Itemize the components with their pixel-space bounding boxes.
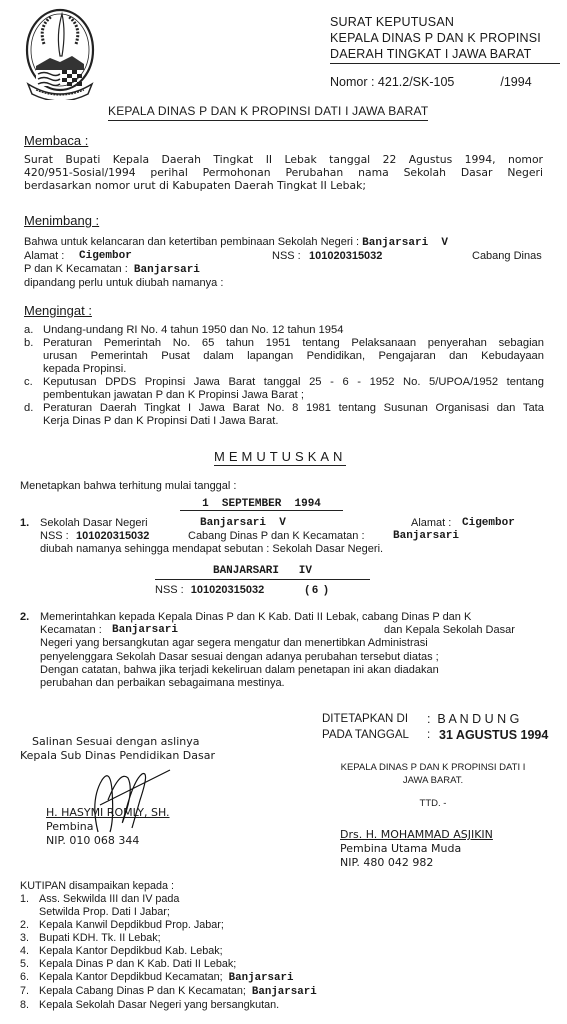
mengingat-item: d.Peraturan Daerah Tingkat I Jawa Barat …: [24, 402, 544, 428]
memutuskan-heading: MEMUTUSKAN: [214, 449, 346, 466]
kutipan-text: Bupati KDH. Tk. II Lebak;: [39, 932, 161, 944]
kutipan-typed-value: Banjarsari: [252, 986, 317, 998]
kutipan-marker: 7.: [20, 985, 29, 998]
kutipan-marker: 1.: [20, 893, 29, 906]
kutipan-text: Kepala Dinas P dan K Kab. Dati II Lebak;: [39, 958, 236, 970]
menimbang-school-name: Banjarsari V: [362, 237, 448, 249]
ditetapkan-di-value: : B A N D U N G: [427, 711, 519, 727]
item1-line-2: NSS : 101020315032 Cabang Dinas P dan K …: [20, 530, 540, 543]
menimbang-line-1: Bahwa untuk kelancaran dan ketertiban pe…: [24, 236, 544, 250]
kecamatan-value: Banjarsari: [134, 264, 200, 276]
left-signatory-name: H. HASYMI ROMLY, SH.: [46, 806, 170, 820]
kutipan-text: Kepala Cabang Dinas P dan K Kecamatan;: [39, 985, 246, 997]
kutipan-marker: 2.: [20, 919, 29, 932]
membaca-line-1: Surat Bupati Kepala Daerah Tingkat II Le…: [24, 153, 543, 166]
membaca-line-3: berdasarkan nomor urut di Kabupaten Daer…: [24, 179, 543, 192]
item2-line-6: perubahan dan perbaikan sebagaimana mest…: [20, 677, 542, 690]
kutipan-typed-value: Banjarsari: [229, 972, 294, 984]
kutipan-marker: 4.: [20, 945, 29, 958]
new-nss-label: NSS :: [155, 584, 184, 596]
item2-kecamatan-label: Kecamatan :: [40, 624, 102, 637]
nomor-year: /1994: [500, 75, 531, 89]
mengingat-marker: c.: [24, 376, 33, 389]
item1-sd-label: Sekolah Dasar Negeri: [40, 517, 148, 530]
item1-cabang-label: Cabang Dinas P dan K Kecamatan :: [188, 530, 365, 543]
item1-nss-value: 101020315032: [76, 530, 149, 543]
kutipan-item: 8.Kepala Sekolah Dasar Negeri yang bersa…: [20, 999, 420, 1012]
kutipan-text: Kepala Sekolah Dasar Negeri yang bersang…: [39, 999, 279, 1011]
nss-value: 101020315032: [309, 250, 382, 263]
item2-marker: 2.: [20, 611, 29, 624]
tanggal-label: PADA TANGGAL: [322, 727, 409, 743]
kutipan-text: Ass. Sekwilda III dan IV pada: [39, 893, 179, 905]
header-divider: [330, 63, 560, 64]
new-nss-value: 101020315032: [191, 584, 264, 596]
header-title-line-1: SURAT KEPUTUSAN: [330, 14, 541, 30]
ditetapkan-tanggal-row: PADA TANGGAL : 31 AGUSTUS 1994: [322, 727, 562, 743]
item2-line-4: penyelenggara Sekolah Dasar sesuai denga…: [20, 651, 542, 664]
item1-marker: 1.: [20, 517, 29, 530]
ditetapkan-di-row: DITETAPKAN DI : B A N D U N G: [322, 711, 562, 727]
nomor-value: 105: [434, 75, 455, 89]
ditetapkan-di-label: DITETAPKAN DI: [322, 711, 408, 727]
right-signatory: Drs. H. MOHAMMAD ASJIKIN Pembina Utama M…: [340, 828, 493, 870]
item1-closing: diubah namanya sehingga mendapat sebutan…: [20, 543, 540, 556]
kutipan-marker: 5.: [20, 958, 29, 971]
effective-date: 1 SEPTEMBER 1994: [180, 498, 343, 511]
salinan-line: Salinan Sesuai dengan aslinya: [20, 735, 250, 749]
decision-item-2: 2. Memerintahkan kepada Kepala Dinas P d…: [20, 611, 542, 690]
right-signatory-name: Drs. H. MOHAMMAD ASJIKIN: [340, 828, 493, 842]
document-subtitle: KEPALA DINAS P DAN K PROPINSI DATI I JAW…: [108, 104, 428, 121]
mengingat-list: a.Undang-undang RI No. 4 tahun 1950 dan …: [24, 324, 544, 428]
ttd-mark: TTD. -: [318, 797, 548, 810]
kutipan-text-continued: Setwilda Prop. Dati I Jabar;: [39, 906, 420, 919]
kutipan-item: 6.Kepala Kantor Depdikbud Kecamatan;Banj…: [20, 971, 420, 985]
alamat-label: Alamat :: [24, 250, 64, 263]
kutipan-text: Kepala Kantor Depdikbud Kab. Lebak;: [39, 945, 223, 957]
kutipan-item: 3.Bupati KDH. Tk. II Lebak;: [20, 932, 420, 945]
right-title-line-1: KEPALA DINAS P DAN K PROPINSI DATI I: [318, 761, 548, 774]
tanggal-colon: :: [427, 727, 430, 743]
menimbang-text: Bahwa untuk kelancaran dan ketertiban pe…: [24, 236, 359, 248]
ditetapkan-block: DITETAPKAN DI : B A N D U N G PADA TANGG…: [322, 711, 562, 743]
kecamatan-label: P dan K Kecamatan :: [24, 263, 128, 275]
item1-cabang-value: Banjarsari: [393, 530, 459, 543]
new-school-nss: NSS : 101020315032 ( 6 ): [155, 584, 375, 598]
kutipan-text: Kepala Kanwil Depdikbud Prop. Jabar;: [39, 919, 224, 931]
item1-alamat-value: Cigembor: [462, 517, 515, 530]
membaca-line-2: 420/951-Sosial/1994 perihal Permohonan P…: [24, 166, 543, 179]
kutipan-item: 1.Ass. Sekwilda III dan IV padaSetwilda …: [20, 893, 420, 919]
nss-label: NSS :: [272, 250, 301, 263]
mengingat-item: b.Peraturan Pemerintah No. 65 tahun 1951…: [24, 337, 544, 376]
kutipan-list: 1.Ass. Sekwilda III dan IV padaSetwilda …: [20, 893, 420, 1012]
menetapkan-text: Menetapkan bahwa terhitung mulai tanggal…: [20, 480, 236, 494]
item2-line-5: Dengan catatan, bahwa jika terjadi kekel…: [20, 664, 542, 677]
menimbang-closing: dipandang perlu untuk diubah namanya :: [24, 277, 544, 290]
kutipan-marker: 3.: [20, 932, 29, 945]
membaca-paragraph: Surat Bupati Kepala Daerah Tingkat II Le…: [24, 153, 543, 192]
mengingat-line: Peraturan Daerah Tingkat I Jawa Barat No…: [43, 402, 544, 415]
kutipan-heading: KUTIPAN disampaikan kepada :: [20, 880, 174, 894]
kutipan-item: 7.Kepala Cabang Dinas P dan K Kecamatan;…: [20, 985, 420, 999]
mengingat-item: a.Undang-undang RI No. 4 tahun 1950 dan …: [24, 324, 544, 337]
item2-line-2-tail: dan Kepala Sekolah Dasar: [384, 624, 515, 637]
item1-alamat-label: Alamat :: [411, 517, 451, 530]
item2-kecamatan-value: Banjarsari: [112, 624, 178, 637]
mengingat-line: Undang-undang RI No. 4 tahun 1950 dan No…: [43, 324, 544, 337]
mengingat-item: c.Keputusan DPDS Propinsi Jawa Barat tan…: [24, 376, 544, 402]
membaca-heading: Membaca :: [24, 133, 88, 148]
item2-line-1-text: Memerintahkan kepada Kepala Dinas P dan …: [20, 611, 542, 624]
menimbang-paragraph: Bahwa untuk kelancaran dan ketertiban pe…: [24, 236, 544, 290]
mengingat-line: Keputusan DPDS Propinsi Jawa Barat tangg…: [43, 376, 544, 389]
left-signatory-nip: NIP. 010 068 344: [46, 834, 170, 848]
menimbang-line-2: Alamat : Cigembor NSS : 101020315032 Cab…: [24, 250, 544, 263]
item2-line-3: Negeri yang bersangkutan agar segera men…: [20, 637, 542, 650]
decision-item-1: 1. Sekolah Dasar Negeri Banjarsari V Ala…: [20, 517, 540, 556]
kutipan-marker: 6.: [20, 971, 29, 984]
item1-sd-value: Banjarsari V: [200, 517, 286, 530]
mengingat-line: kepada Propinsi.: [43, 363, 544, 376]
provincial-emblem-logo: [22, 4, 98, 100]
left-signature-block: Salinan Sesuai dengan aslinya Kepala Sub…: [20, 735, 250, 762]
left-signatory-rank: Pembina: [46, 820, 170, 834]
right-signatory-rank: Pembina Utama Muda: [340, 842, 493, 856]
document-number: Nomor : 421.2/SK-105/1994: [330, 75, 532, 89]
header-title-line-2: KEPALA DINAS P DAN K PROPINSI: [330, 30, 541, 46]
left-signatory: H. HASYMI ROMLY, SH. Pembina NIP. 010 06…: [46, 806, 170, 848]
mengingat-line: urusan Pemerintah Pusat dalam lapangan P…: [43, 350, 544, 363]
item2-line-1: 2. Memerintahkan kepada Kepala Dinas P d…: [20, 611, 542, 624]
item2-line-2: Kecamatan : Banjarsari dan Kepala Sekola…: [20, 624, 542, 637]
mengingat-marker: d.: [24, 402, 33, 415]
cabang-dinas-label: Cabang Dinas: [472, 250, 542, 263]
right-title-line-2: JAWA BARAT.: [318, 774, 548, 787]
nomor-label: Nomor : 421.2/SK-: [330, 75, 434, 89]
menimbang-line-3: P dan K Kecamatan : Banjarsari: [24, 263, 544, 277]
item1-nss-label: NSS :: [40, 530, 69, 543]
alamat-value: Cigembor: [79, 250, 132, 263]
menimbang-heading: Menimbang :: [24, 213, 99, 228]
document-header-title: SURAT KEPUTUSAN KEPALA DINAS P DAN K PRO…: [330, 14, 541, 62]
right-signature-title: KEPALA DINAS P DAN K PROPINSI DATI I JAW…: [318, 761, 548, 810]
header-title-line-3: DAERAH TINGKAT I JAWA BARAT: [330, 46, 541, 62]
kutipan-text: Kepala Kantor Depdikbud Kecamatan;: [39, 971, 223, 983]
kutipan-marker: 8.: [20, 999, 29, 1012]
mengingat-marker: a.: [24, 324, 33, 337]
mengingat-marker: b.: [24, 337, 33, 350]
mengingat-line: Kerja Dinas P dan K Propinsi Dati I Jawa…: [43, 415, 544, 428]
kutipan-item: 2.Kepala Kanwil Depdikbud Prop. Jabar;: [20, 919, 420, 932]
new-school-number: ( 6 ): [305, 584, 328, 596]
mengingat-line: pembentukan jawatan P dan K Propinsi Jaw…: [43, 389, 544, 402]
new-school-name: BANJARSARI IV: [155, 565, 370, 580]
item1-line-1: 1. Sekolah Dasar Negeri Banjarsari V Ala…: [20, 517, 540, 530]
mengingat-line: Peraturan Pemerintah No. 65 tahun 1951 t…: [43, 337, 544, 350]
tanggal-value: 31 AGUSTUS 1994: [439, 727, 548, 743]
right-signatory-nip: NIP. 480 042 982: [340, 856, 493, 870]
mengingat-heading: Mengingat :: [24, 303, 92, 318]
kutipan-item: 4.Kepala Kantor Depdikbud Kab. Lebak;: [20, 945, 420, 958]
kutipan-item: 5.Kepala Dinas P dan K Kab. Dati II Leba…: [20, 958, 420, 971]
